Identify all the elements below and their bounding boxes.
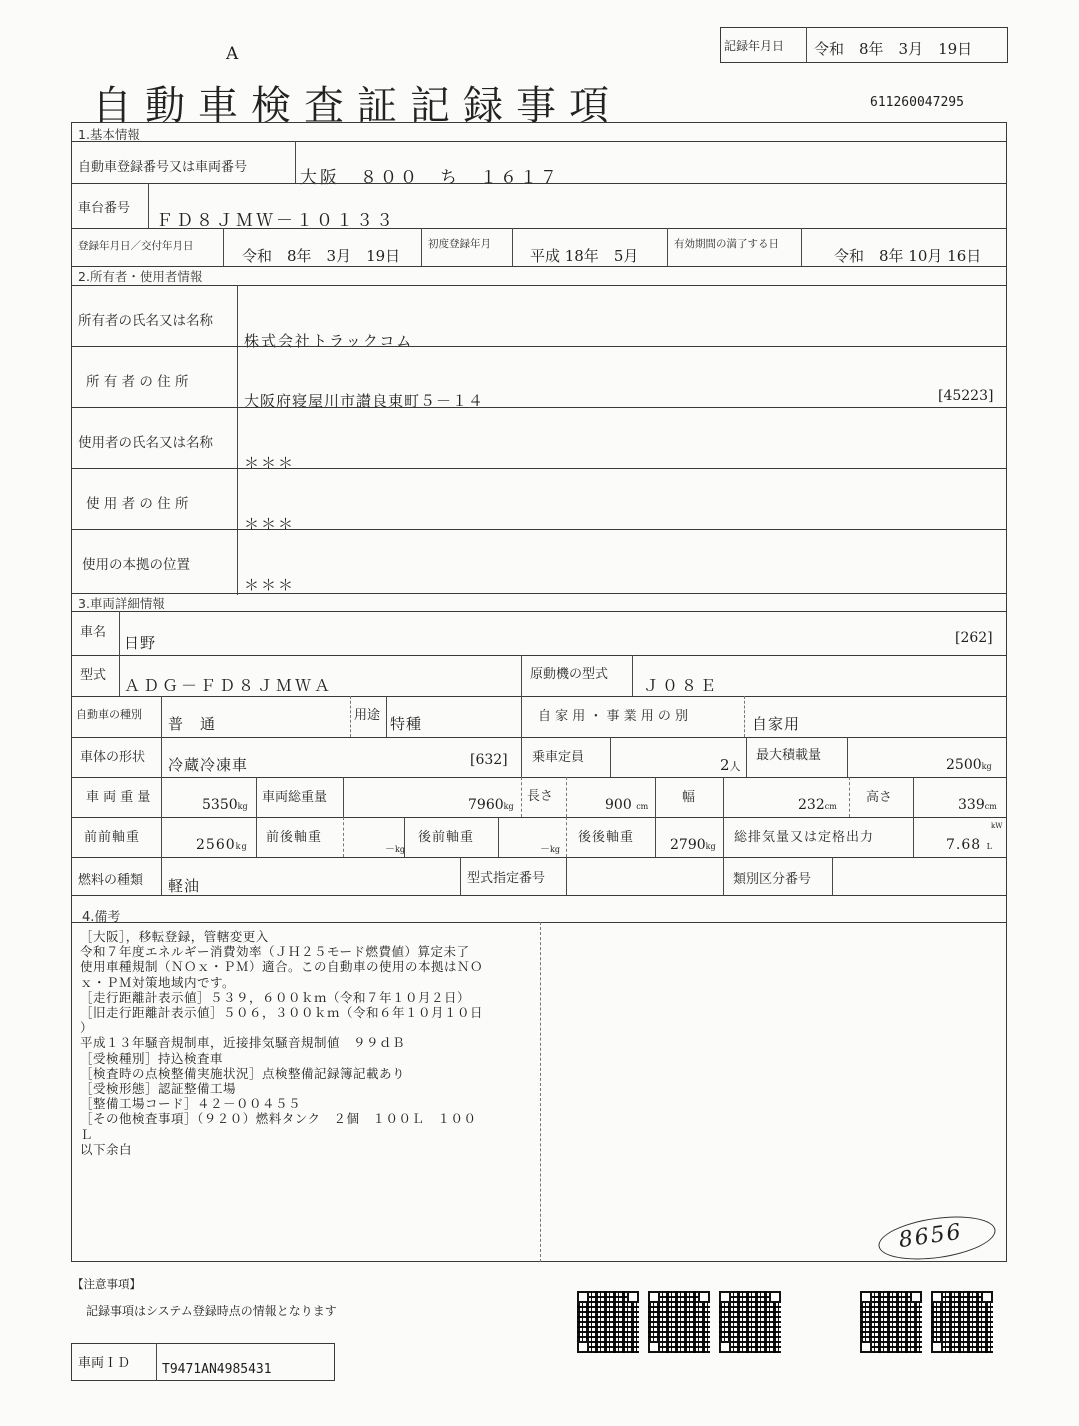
engine-value: Ｊ０８Ｅ bbox=[643, 673, 719, 696]
max-load-label: 最大積載量 bbox=[756, 744, 821, 763]
qr-code-icon bbox=[719, 1291, 781, 1353]
displacement-unit-kw: kW bbox=[991, 822, 1002, 830]
remarks-line: ［その他検査事項］（９２０）燃料タンク ２個 １００Ｌ １００ bbox=[80, 1111, 483, 1126]
base-location-label: 使用の本拠の位置 bbox=[82, 553, 190, 573]
form-mark: A bbox=[226, 44, 238, 64]
max-load-number: 2500 bbox=[946, 757, 982, 773]
document-number: 611260047295 bbox=[870, 95, 964, 110]
ff-axle-value: 2560kg bbox=[196, 837, 248, 853]
rr-axle-value: 2790kg bbox=[670, 837, 716, 853]
rr-axle-number: 2790 bbox=[670, 837, 706, 853]
qr-code-icon bbox=[648, 1291, 710, 1353]
rr-axle-label: 後後軸重 bbox=[578, 826, 634, 845]
length-unit: cm bbox=[636, 802, 648, 811]
user-address-value: ＊＊＊ bbox=[244, 513, 295, 534]
height-value: 339cm bbox=[958, 797, 997, 813]
body-shape-code: [632] bbox=[470, 752, 508, 768]
gross-weight-label: 車両総重量 bbox=[262, 786, 327, 805]
vehicle-weight-number: 5350 bbox=[202, 797, 238, 813]
car-name-label: 車名 bbox=[80, 621, 106, 640]
chassis-label: 車台番号 bbox=[78, 197, 130, 216]
first-reg-label: 初度登録年月 bbox=[428, 236, 491, 251]
displacement-unit-l: L bbox=[987, 842, 993, 851]
remarks-line: ［受検種別］持込検査車 bbox=[80, 1051, 483, 1066]
width-unit: cm bbox=[825, 802, 837, 811]
remarks-line: 以下余白 bbox=[80, 1142, 483, 1157]
vehicle-weight-value: 5350kg bbox=[202, 797, 248, 813]
remarks-line: 令和７年度エネルギー消費効率（ＪＨ２５モード燃費値）算定未了 bbox=[80, 944, 483, 959]
qr-code-icon bbox=[931, 1291, 993, 1353]
section-vehicle-detail-title: 3.車両詳細情報 bbox=[78, 594, 165, 612]
length-number: 900 bbox=[605, 797, 632, 813]
length-label: 長さ bbox=[527, 785, 553, 804]
reg-date-label: 登録年月日／交付年月日 bbox=[78, 238, 194, 253]
qr-code-icon bbox=[860, 1291, 922, 1353]
user-address-label: 使 用 者 の 住 所 bbox=[86, 492, 188, 512]
remarks-line: ［大阪］，移転登録，管轄変更入 bbox=[80, 929, 483, 944]
category-label: 自動車の種別 bbox=[76, 706, 142, 722]
user-name-label: 使用者の氏名又は名称 bbox=[78, 431, 213, 451]
reg-number-value: 大阪 ８００ ち １６１７ bbox=[300, 163, 560, 188]
category-value: 普 通 bbox=[168, 713, 216, 734]
rr-axle-unit: kg bbox=[706, 842, 716, 851]
remarks-line: 平成１３年騒音規制車，近接排気騒音規制値 ９９ｄＢ bbox=[80, 1035, 483, 1050]
length-value: 900 cm bbox=[605, 797, 648, 813]
body-shape-value: 冷蔵冷凍車 bbox=[168, 754, 248, 775]
record-date-label: 記録年月日 bbox=[724, 37, 784, 54]
engine-label: 原動機の型式 bbox=[530, 663, 608, 682]
notice-text: 記録事項はシステム登録時点の情報となります bbox=[86, 1302, 337, 1319]
first-reg-value: 平成 18年 5月 bbox=[530, 245, 638, 266]
car-name-value: 日野 bbox=[124, 632, 156, 653]
displacement-number: 7.68 bbox=[946, 837, 981, 853]
vehicle-weight-unit: kg bbox=[238, 802, 248, 811]
width-number: 232 bbox=[798, 797, 825, 813]
remarks-line: ｘ・ＰＭ対策地域内です。 bbox=[80, 975, 483, 990]
displacement-label: 総排気量又は定格出力 bbox=[734, 826, 874, 845]
model-value: ＡＤＧ－ＦＤ８ＪＭＷＡ bbox=[124, 673, 333, 696]
vehicle-weight-label: 車 両 重 量 bbox=[86, 786, 150, 805]
remarks-line: ［整備工場コード］４２－００４５５ bbox=[80, 1096, 483, 1111]
notice-title: 【注意事項】 bbox=[72, 1276, 141, 1292]
remarks-line: Ｌ bbox=[80, 1127, 483, 1142]
remarks-text: ［大阪］，移転登録，管轄変更入令和７年度エネルギー消費効率（ＪＨ２５モード燃費値… bbox=[80, 929, 483, 1157]
vehicle-id-value: T9471AN4985431 bbox=[162, 1362, 272, 1377]
fr-axle-number: － bbox=[385, 844, 395, 855]
reg-number-label: 自動車登録番号又は車両番号 bbox=[78, 156, 247, 175]
height-number: 339 bbox=[958, 797, 985, 813]
rf-axle-value: －kg bbox=[540, 840, 560, 855]
rf-axle-label: 後前軸重 bbox=[418, 826, 474, 845]
owner-name-label: 所有者の氏名又は名称 bbox=[78, 309, 213, 329]
model-label: 型式 bbox=[80, 664, 106, 683]
max-load-value: 2500kg bbox=[946, 757, 992, 773]
expiry-label: 有効期間の満了する日 bbox=[674, 236, 779, 251]
section-owner-user-title: 2.所有者・使用者情報 bbox=[78, 267, 202, 285]
remarks-line: ［受検形態］認証整備工場 bbox=[80, 1081, 483, 1096]
ff-axle-number: 2560 bbox=[196, 837, 236, 853]
remarks-line: ［検査時の点検整備実施状況］点検整備記録簿記載あり bbox=[80, 1066, 483, 1081]
capacity-value: 2人 bbox=[720, 756, 741, 774]
vehicle-id-label: 車両ＩＤ bbox=[78, 1352, 130, 1371]
capacity-label: 乗車定員 bbox=[532, 746, 584, 765]
type-designation-label: 型式指定番号 bbox=[467, 867, 545, 886]
capacity-unit: 人 bbox=[730, 760, 741, 773]
capacity-number: 2 bbox=[720, 756, 730, 774]
max-load-unit: kg bbox=[982, 762, 992, 771]
gross-weight-value: 7960kg bbox=[468, 797, 514, 813]
ff-axle-unit: kg bbox=[236, 842, 248, 851]
private-business-label: 自 家 用 ・ 事 業 用 の 別 bbox=[538, 705, 688, 724]
owner-address-code: [45223] bbox=[938, 388, 993, 404]
width-value: 232cm bbox=[798, 797, 837, 813]
gross-weight-number: 7960 bbox=[468, 797, 504, 813]
ff-axle-label: 前前軸重 bbox=[84, 826, 140, 845]
height-unit: cm bbox=[985, 802, 997, 811]
fuel-value: 軽油 bbox=[168, 875, 200, 896]
qr-code-icon bbox=[577, 1291, 639, 1353]
remarks-line: ［旧走行距離計表示値］５０６，３００ｋｍ（令和６年１０月１０日 bbox=[80, 1005, 483, 1020]
handwritten-note-text: 8656 bbox=[897, 1220, 964, 1254]
gross-weight-unit: kg bbox=[504, 802, 514, 811]
rf-axle-unit: kg bbox=[550, 845, 560, 854]
fr-axle-label: 前後軸重 bbox=[266, 826, 322, 845]
owner-name-value: 株式会社トラックコム bbox=[244, 330, 413, 351]
remarks-line: 使用車種規制（ＮＯｘ・ＰＭ）適合。この自動車の使用の本拠はＮＯ bbox=[80, 959, 483, 974]
base-location-value: ＊＊＊ bbox=[244, 574, 295, 595]
remarks-line: ［走行距離計表示値］５３９，６００ｋｍ（令和７年１０月２日） bbox=[80, 990, 483, 1005]
rf-axle-number: － bbox=[540, 844, 550, 855]
fr-axle-value: －kg bbox=[385, 840, 405, 855]
car-name-code: [262] bbox=[955, 630, 993, 646]
owner-address-label: 所 有 者 の 住 所 bbox=[86, 370, 188, 390]
width-label: 幅 bbox=[682, 786, 695, 805]
use-value: 特種 bbox=[390, 713, 422, 734]
class-number-label: 類別区分番号 bbox=[733, 868, 811, 887]
displacement-value: 7.68 L bbox=[946, 837, 993, 853]
fuel-label: 燃料の種類 bbox=[78, 869, 143, 888]
body-shape-label: 車体の形状 bbox=[80, 746, 145, 765]
use-label: 用途 bbox=[354, 704, 380, 723]
reg-date-value: 令和 8年 3月 19日 bbox=[242, 245, 400, 266]
remarks-line: ） bbox=[80, 1020, 483, 1035]
height-label: 高さ bbox=[866, 786, 892, 805]
private-business-value: 自家用 bbox=[752, 713, 800, 734]
record-date-value: 令和 8年 3月 19日 bbox=[814, 38, 972, 59]
user-name-value: ＊＊＊ bbox=[244, 452, 295, 473]
expiry-value: 令和 8年 10月 16日 bbox=[834, 245, 981, 266]
